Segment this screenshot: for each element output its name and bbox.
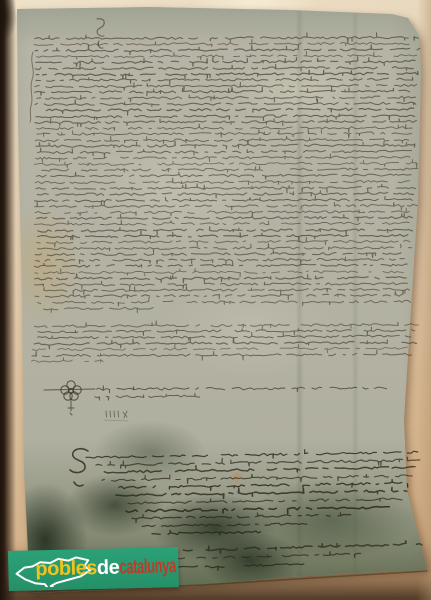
handwriting-stroke bbox=[142, 523, 307, 526]
handwriting-stroke bbox=[32, 344, 414, 353]
handwriting-stroke bbox=[104, 420, 128, 421]
handwriting-stroke bbox=[119, 480, 415, 491]
handwriting-stroke bbox=[128, 498, 402, 504]
handwriting-stroke bbox=[35, 321, 419, 329]
handwriting-stroke bbox=[35, 291, 409, 300]
handwriting-stroke bbox=[70, 449, 88, 486]
handwriting-stroke bbox=[35, 253, 408, 258]
handwriting-stroke bbox=[35, 33, 419, 43]
handwriting-stroke bbox=[97, 386, 387, 393]
handwriting-stroke bbox=[44, 287, 410, 295]
handwriting-stroke bbox=[35, 269, 410, 278]
handwriting-stroke bbox=[44, 389, 95, 390]
handwriting-stroke bbox=[68, 399, 74, 415]
handwriting-stroke bbox=[37, 95, 421, 102]
handwriting-stroke bbox=[36, 114, 415, 121]
handwriting-stroke bbox=[32, 358, 112, 363]
handwriting-stroke bbox=[35, 119, 416, 127]
photo-of-parchment-charter: { "photo": { "width": 431, "height": 600… bbox=[0, 0, 431, 600]
handwriting-stroke bbox=[37, 124, 413, 133]
handwriting-stroke bbox=[44, 307, 153, 312]
notary-block bbox=[86, 450, 420, 535]
watermark-brand-text: poblesdecatalunya bbox=[35, 556, 206, 580]
handwriting-stroke bbox=[35, 196, 413, 202]
handwriting-stroke bbox=[38, 148, 412, 157]
brand-part-catalunya: catalunya bbox=[119, 556, 176, 577]
handwriting-stroke bbox=[42, 166, 418, 172]
handwriting-stroke bbox=[37, 297, 410, 306]
clause-block bbox=[32, 321, 419, 363]
handwriting-stroke bbox=[35, 87, 410, 96]
handwriting-stroke bbox=[46, 108, 414, 115]
handwriting-stroke bbox=[30, 52, 33, 122]
pobles-de-catalunya-watermark: poblesdecatalunya bbox=[8, 547, 179, 591]
handwriting-stroke bbox=[132, 513, 351, 523]
handwriting-stroke bbox=[36, 77, 419, 85]
handwriting-stroke bbox=[126, 507, 389, 514]
handwriting-stroke bbox=[37, 129, 412, 138]
witness-signature-lines bbox=[95, 386, 387, 400]
handwriting-stroke bbox=[35, 274, 407, 284]
handwriting-stroke bbox=[37, 191, 413, 198]
handwriting-stroke bbox=[32, 350, 411, 360]
handwriting-stroke bbox=[106, 411, 127, 418]
handwriting-stroke bbox=[36, 70, 418, 78]
handwriting-stroke bbox=[35, 82, 417, 90]
handwriting-stroke bbox=[35, 178, 410, 185]
numeral-mark bbox=[104, 411, 128, 421]
handwriting-stroke bbox=[35, 201, 418, 210]
handwriting-stroke bbox=[38, 244, 412, 254]
handwriting-stroke bbox=[102, 474, 412, 483]
main-text-block bbox=[34, 33, 421, 313]
handwriting-stroke bbox=[38, 327, 415, 335]
handwriting-stroke bbox=[38, 227, 413, 235]
handwriting-stroke bbox=[35, 65, 419, 71]
handwriting-stroke bbox=[37, 238, 410, 248]
handwriting-stroke bbox=[35, 136, 415, 143]
handwriting-stroke bbox=[96, 457, 420, 468]
handwriting-stroke bbox=[37, 51, 417, 59]
handwriting-stroke bbox=[36, 184, 416, 193]
handwriting-stroke bbox=[35, 99, 416, 106]
handwriting-stroke bbox=[34, 160, 417, 168]
handwriting-stroke bbox=[152, 530, 261, 535]
handwriting-stroke bbox=[34, 262, 407, 268]
brand-part-pobles: pobles bbox=[35, 558, 97, 579]
handwriting-stroke bbox=[116, 488, 407, 499]
initial-letter-s bbox=[70, 449, 88, 486]
handwritten-text-layer bbox=[0, 0, 431, 600]
handwriting-stroke bbox=[86, 450, 418, 459]
handwriting-stroke bbox=[36, 257, 405, 264]
handwriting-stroke bbox=[37, 213, 413, 221]
handwriting-stroke bbox=[38, 231, 408, 242]
handwriting-stroke bbox=[34, 338, 416, 349]
notary-signum bbox=[44, 381, 95, 415]
handwriting-stroke bbox=[35, 208, 409, 216]
handwriting-stroke bbox=[34, 220, 409, 225]
handwriting-stroke bbox=[95, 393, 200, 400]
handwriting-stroke bbox=[34, 40, 413, 48]
handwriting-stroke bbox=[36, 172, 411, 179]
handwriting-stroke bbox=[35, 45, 420, 55]
brand-part-de: de bbox=[97, 557, 120, 578]
handwriting-stroke bbox=[38, 332, 411, 340]
handwriting-stroke bbox=[35, 281, 414, 289]
handwriting-stroke bbox=[36, 57, 415, 66]
handwriting-stroke bbox=[104, 466, 415, 473]
